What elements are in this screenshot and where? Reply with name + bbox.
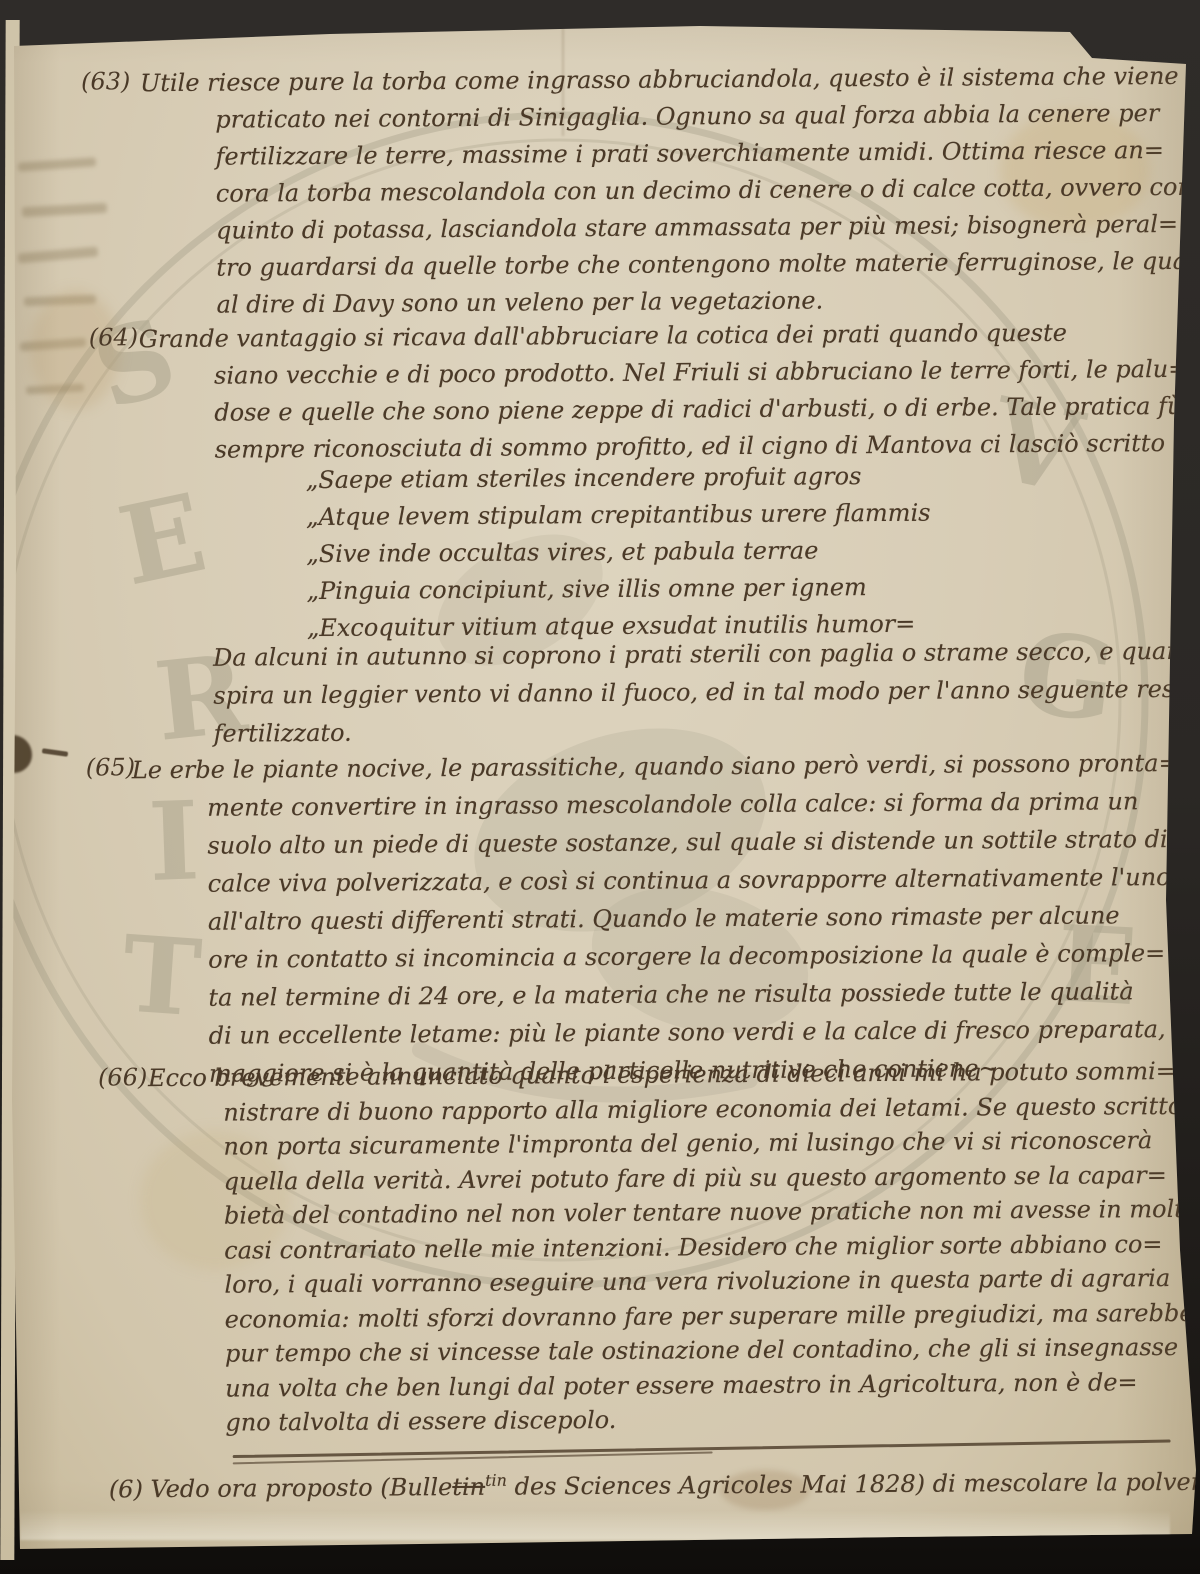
verse-line: „Atque levem stipulam crepitantibus urer…	[306, 495, 931, 536]
paragraph-64: Grande vantaggio si ricava dall'abbrucia…	[139, 314, 1189, 469]
manuscript-line: tro guardarsi da quelle torbe che conten…	[141, 243, 1200, 288]
footnote-superscript-correction: tin	[485, 1471, 507, 1490]
paragraph-number-66: (66)	[98, 1063, 147, 1091]
paragraph-65: Le erbe le piante nocive, le parassitich…	[132, 744, 1188, 1093]
manuscript-line: gno talvolta di essere discepolo.	[150, 1399, 1194, 1441]
paragraph-63: Utile riesce pure la torba come ingrasso…	[140, 58, 1200, 325]
footnote-struck-text: tin	[452, 1473, 485, 1501]
paragraph-64-continuation: Da alcuni in autunno si coprono i prati …	[213, 632, 1200, 753]
footnote: (6) Vedo ora proposto (Bulletintin des S…	[109, 1465, 1200, 1503]
manuscript-line: una volta che ben lungi dal poter essere…	[150, 1364, 1194, 1406]
footnote-text-prefix: Vedo ora proposto (Bulle	[143, 1473, 453, 1503]
manuscript-scan: { "page_number": "13", "blocks": [ { "ty…	[0, 0, 1200, 1574]
handwritten-text-layer: (63) Utile riesce pure la torba come ing…	[0, 0, 1200, 1574]
footnote-number: (6)	[109, 1475, 143, 1503]
footnote-text-suffix: des Sciences Agricoles Mai 1828) di mesc…	[507, 1467, 1200, 1500]
manuscript-line: spira un leggier vento vi danno il fuoco…	[213, 670, 1200, 715]
latin-verse-quote: „Saepe etiam steriles incendere profuit …	[306, 458, 932, 647]
paragraph-66: Ecco brevemente annunciato quanto l'espe…	[148, 1054, 1194, 1441]
paper-bottom-edge-highlight	[20, 1510, 1170, 1540]
footnote-separator-rule	[233, 1440, 1171, 1458]
manuscript-page: S E R I T V G E 13 (63) Utile riesce pur…	[0, 0, 1200, 1574]
verse-line: „Pinguia concipiunt, sive illis omne per…	[306, 569, 931, 610]
verse-line: „Sive inde occultas vires, et pabula ter…	[306, 532, 931, 573]
paragraph-number-65: (65)	[86, 753, 135, 781]
paragraph-number-64: (64)	[89, 323, 138, 351]
paragraph-number-63: (63)	[81, 67, 130, 95]
verse-line: „Saepe etiam steriles incendere profuit …	[306, 458, 931, 499]
manuscript-line: di un eccellente letame: più le piante s…	[134, 1010, 1188, 1055]
